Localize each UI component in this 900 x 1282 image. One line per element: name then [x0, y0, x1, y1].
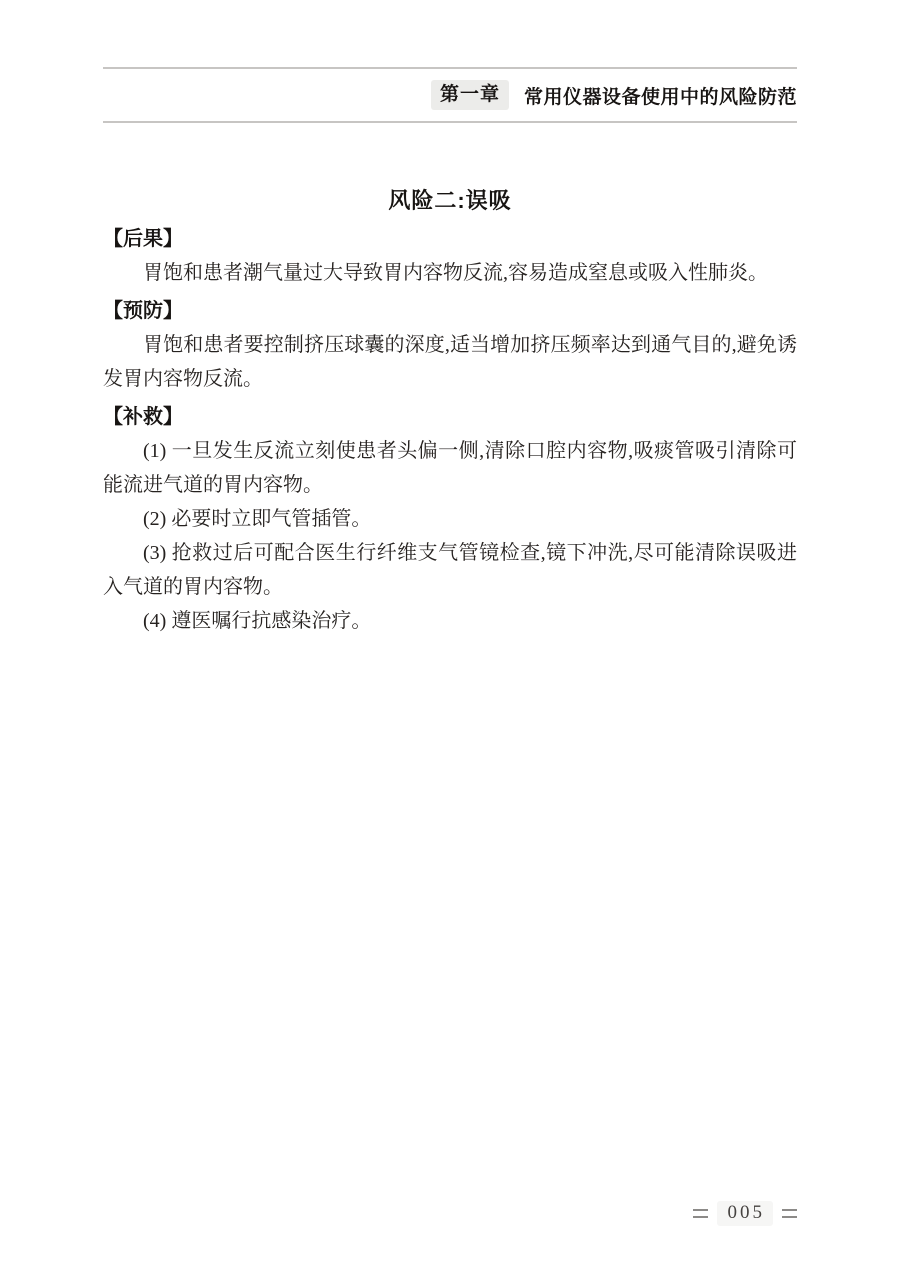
footer-ornament-left-icon: [693, 1209, 708, 1218]
footer-ornament-right-icon: [782, 1209, 797, 1218]
section-heading-remedy: 【补救】: [103, 400, 797, 434]
paragraph: (2) 必要时立即气管插管。: [103, 502, 797, 536]
page-header: 第一章 常用仪器设备使用中的风险防范: [103, 67, 797, 123]
chapter-title: 常用仪器设备使用中的风险防范: [524, 82, 797, 109]
section-remedy: 【补救】 (1) 一旦发生反流立刻使患者头偏一侧,清除口腔内容物,吸痰管吸引清除…: [103, 400, 797, 638]
page-number: 005: [717, 1201, 774, 1226]
section-heading-consequences: 【后果】: [103, 222, 797, 256]
book-page: 第一章 常用仪器设备使用中的风险防范 风险二:误吸 【后果】 胃饱和患者潮气量过…: [0, 0, 900, 1282]
page-footer: 005: [693, 1201, 798, 1226]
paragraph: 胃饱和患者要控制挤压球囊的深度,适当增加挤压频率达到通气目的,避免诱发胃内容物反…: [103, 328, 797, 396]
paragraph: 胃饱和患者潮气量过大导致胃内容物反流,容易造成窒息或吸入性肺炎。: [103, 256, 797, 290]
section-consequences: 【后果】 胃饱和患者潮气量过大导致胃内容物反流,容易造成窒息或吸入性肺炎。: [103, 222, 797, 290]
section-prevention: 【预防】 胃饱和患者要控制挤压球囊的深度,适当增加挤压频率达到通气目的,避免诱发…: [103, 294, 797, 396]
section-heading-prevention: 【预防】: [103, 294, 797, 328]
paragraph: (4) 遵医嘱行抗感染治疗。: [103, 604, 797, 638]
paragraph: (3) 抢救过后可配合医生行纤维支气管镜检查,镜下冲洗,尽可能清除误吸进入气道的…: [103, 536, 797, 604]
chapter-badge: 第一章: [431, 80, 509, 111]
page-content: 风险二:误吸 【后果】 胃饱和患者潮气量过大导致胃内容物反流,容易造成窒息或吸入…: [103, 184, 797, 638]
page-title: 风险二:误吸: [103, 184, 797, 218]
paragraph: (1) 一旦发生反流立刻使患者头偏一侧,清除口腔内容物,吸痰管吸引清除可能流进气…: [103, 434, 797, 502]
